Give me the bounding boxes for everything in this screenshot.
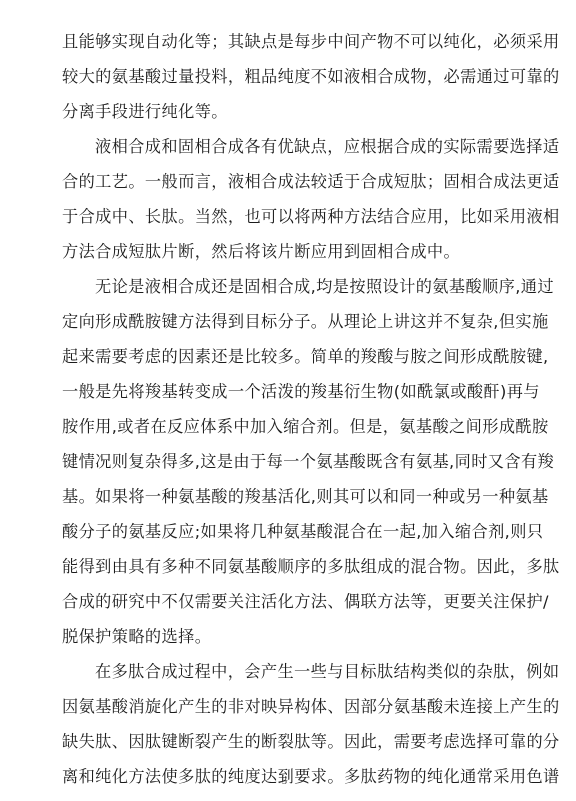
text-line: 一般是先将羧基转变成一个活泼的羧基衍生物(如酰氯或酸酐)再与 <box>62 374 508 409</box>
text-line: 方法合成短肽片断，然后将该片断应用到固相合成中。 <box>62 234 508 269</box>
paragraph-2: 液相合成和固相合成各有优缺点，应根据合成的实际需要选择适 合的工艺。一般而言，液… <box>62 129 508 269</box>
text-line: 起来需要考虑的因素还是比较多。简单的羧酸与胺之间形成酰胺键, <box>62 339 508 374</box>
text-line: 合的工艺。一般而言，液相合成法较适于合成短肽；固相合成法更适 <box>62 164 508 199</box>
text-line: 因氨基酸消旋化产生的非对映异构体、因部分氨基酸未连接上产生的 <box>62 689 508 724</box>
text-line: 且能够实现自动化等；其缺点是每步中间产物不可以纯化，必须采用 <box>62 24 508 59</box>
paragraph-3: 无论是液相合成还是固相合成,均是按照设计的氨基酸顺序,通过 定向形成酰胺键方法得… <box>62 269 508 654</box>
text-line: 无论是液相合成还是固相合成,均是按照设计的氨基酸顺序,通过 <box>62 269 508 304</box>
text-line: 于合成中、长肽。当然，也可以将两种方法结合应用，比如采用液相 <box>62 199 508 234</box>
text-line: 能得到由具有多种不同氨基酸顺序的多肽组成的混合物。因此，多肽 <box>62 549 508 584</box>
text-line: 定向形成酰胺键方法得到目标分子。从理论上讲这并不复杂,但实施 <box>62 304 508 339</box>
text-line: 缺失肽、因肽键断裂产生的断裂肽等。因此，需要考虑选择可靠的分 <box>62 724 508 759</box>
text-line: 胺作用,或者在反应体系中加入缩合剂。但是，氨基酸之间形成酰胺 <box>62 409 508 444</box>
text-line: 合成的研究中不仅需要关注活化方法、偶联方法等，更要关注保护/ <box>62 584 508 619</box>
text-line: 键情况则复杂得多,这是由于每一个氨基酸既含有氨基,同时又含有羧 <box>62 444 508 479</box>
body-text: 且能够实现自动化等；其缺点是每步中间产物不可以纯化，必须采用 较大的氨基酸过量投… <box>62 24 508 794</box>
document-page: 且能够实现自动化等；其缺点是每步中间产物不可以纯化，必须采用 较大的氨基酸过量投… <box>0 0 576 801</box>
paragraph-4: 在多肽合成过程中，会产生一些与目标肽结构类似的杂肽，例如 因氨基酸消旋化产生的非… <box>62 654 508 794</box>
text-line: 较大的氨基酸过量投料，粗品纯度不如液相合成物，必需通过可靠的 <box>62 59 508 94</box>
text-line: 液相合成和固相合成各有优缺点，应根据合成的实际需要选择适 <box>62 129 508 164</box>
text-line: 分离手段进行纯化等。 <box>62 94 508 129</box>
text-line: 脱保护策略的选择。 <box>62 619 508 654</box>
page-number: 3 <box>282 776 287 787</box>
text-line: 基。如果将一种氨基酸的羧基活化,则其可以和同一种或另一种氨基 <box>62 479 508 514</box>
text-line: 在多肽合成过程中，会产生一些与目标肽结构类似的杂肽，例如 <box>62 654 508 689</box>
paragraph-1: 且能够实现自动化等；其缺点是每步中间产物不可以纯化，必须采用 较大的氨基酸过量投… <box>62 24 508 129</box>
text-line: 酸分子的氨基反应;如果将几种氨基酸混合在一起,加入缩合剂,则只 <box>62 514 508 549</box>
